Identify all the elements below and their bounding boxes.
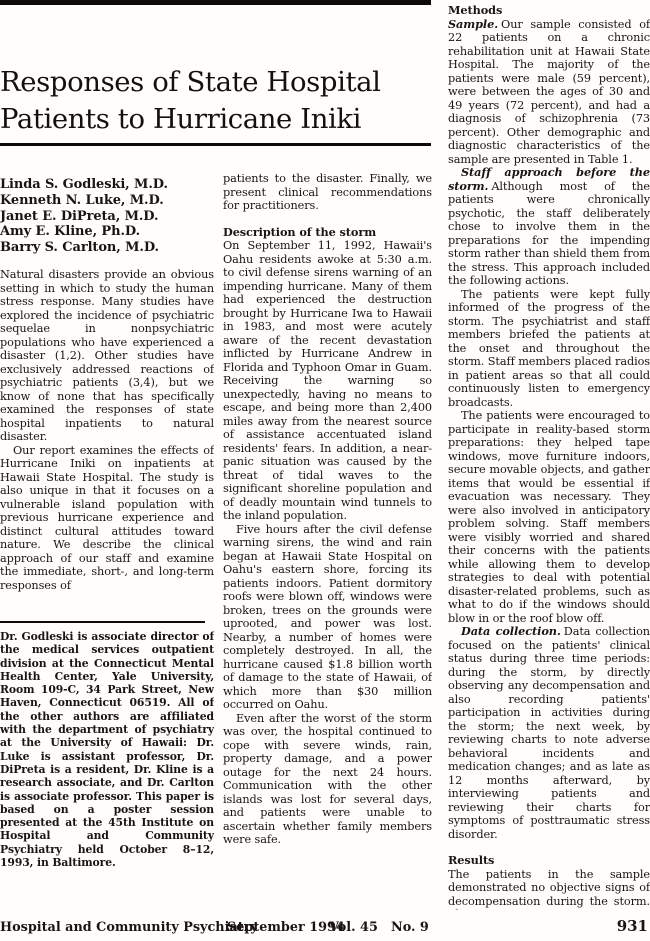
sample-runin-label: Sample. [448, 17, 498, 31]
sample-text: Our sample consisted of 22 patients on a… [448, 18, 650, 166]
volume-label: Vol. 45 [329, 920, 378, 935]
issue-date: September 1994 [227, 920, 345, 935]
methods-staff-paragraph-2: The patients were kept fully informed of… [448, 288, 650, 410]
top-rule [0, 0, 431, 5]
methods-sample-paragraph: Sample.Our sample consisted of 22 patien… [448, 18, 650, 167]
intro-paragraph-2: Our report examines the effects of Hurri… [0, 444, 214, 593]
data-collection-text: Data collection focused on the patients'… [448, 625, 650, 841]
author-name: Kenneth N. Luke, M.D. [0, 193, 214, 209]
page-number: 931 [617, 917, 648, 935]
author-name: Barry S. Carlton, M.D. [0, 240, 214, 256]
author-name: Linda S. Godleski, M.D. [0, 177, 214, 193]
author-name: Janet E. DiPreta, M.D. [0, 209, 214, 225]
middle-column: patients to the disaster. Finally, we pr… [223, 172, 432, 914]
author-affiliation-footnote: Dr. Godleski is associate director of th… [0, 630, 214, 868]
methods-data-collection-paragraph: Data collection.Data collection focused … [448, 625, 650, 841]
intro-paragraph-1: Natural disasters provide an obvious set… [0, 268, 214, 444]
author-list: Linda S. Godleski, M.D. Kenneth N. Luke,… [0, 177, 214, 256]
page-footer: Hospital and Community Psychiatry Septem… [0, 920, 650, 941]
storm-paragraph-2: Five hours after the civil defense warni… [223, 523, 432, 712]
title-divider-rule [0, 143, 431, 146]
journal-page: Responses of State Hospital Patients to … [0, 0, 650, 941]
methods-section-heading: Methods [448, 4, 650, 18]
methods-staff-paragraph-3: The patients were encouraged to particip… [448, 409, 650, 625]
issue-number-label: No. 9 [391, 920, 429, 935]
storm-paragraph-1: On September 11, 1992, Hawaii's Oahu res… [223, 239, 432, 523]
article-title: Responses of State Hospital Patients to … [0, 64, 445, 138]
results-paragraph-1: The patients in the sample demonstrated … [448, 868, 650, 911]
intro-continuation-paragraph: patients to the disaster. Finally, we pr… [223, 172, 432, 213]
storm-section-heading: Description of the storm [223, 226, 432, 240]
right-column: Methods Sample.Our sample consisted of 2… [448, 4, 650, 910]
left-column: Natural disasters provide an obvious set… [0, 268, 214, 620]
data-collection-runin-label: Data collection. [461, 624, 561, 638]
results-section-heading: Results [448, 854, 650, 868]
storm-paragraph-3: Even after the worst of the storm was ov… [223, 712, 432, 847]
article-title-line-1: Responses of State Hospital [0, 66, 381, 98]
author-name: Amy E. Kline, Ph.D. [0, 224, 214, 240]
staff-approach-text: Although most of the patients were chron… [448, 180, 650, 288]
journal-name: Hospital and Community Psychiatry [0, 920, 258, 935]
methods-staff-paragraph: Staff approach before the storm.Although… [448, 166, 650, 288]
footnote-rule [0, 621, 205, 623]
article-title-line-2: Patients to Hurricane Iniki [0, 103, 361, 135]
